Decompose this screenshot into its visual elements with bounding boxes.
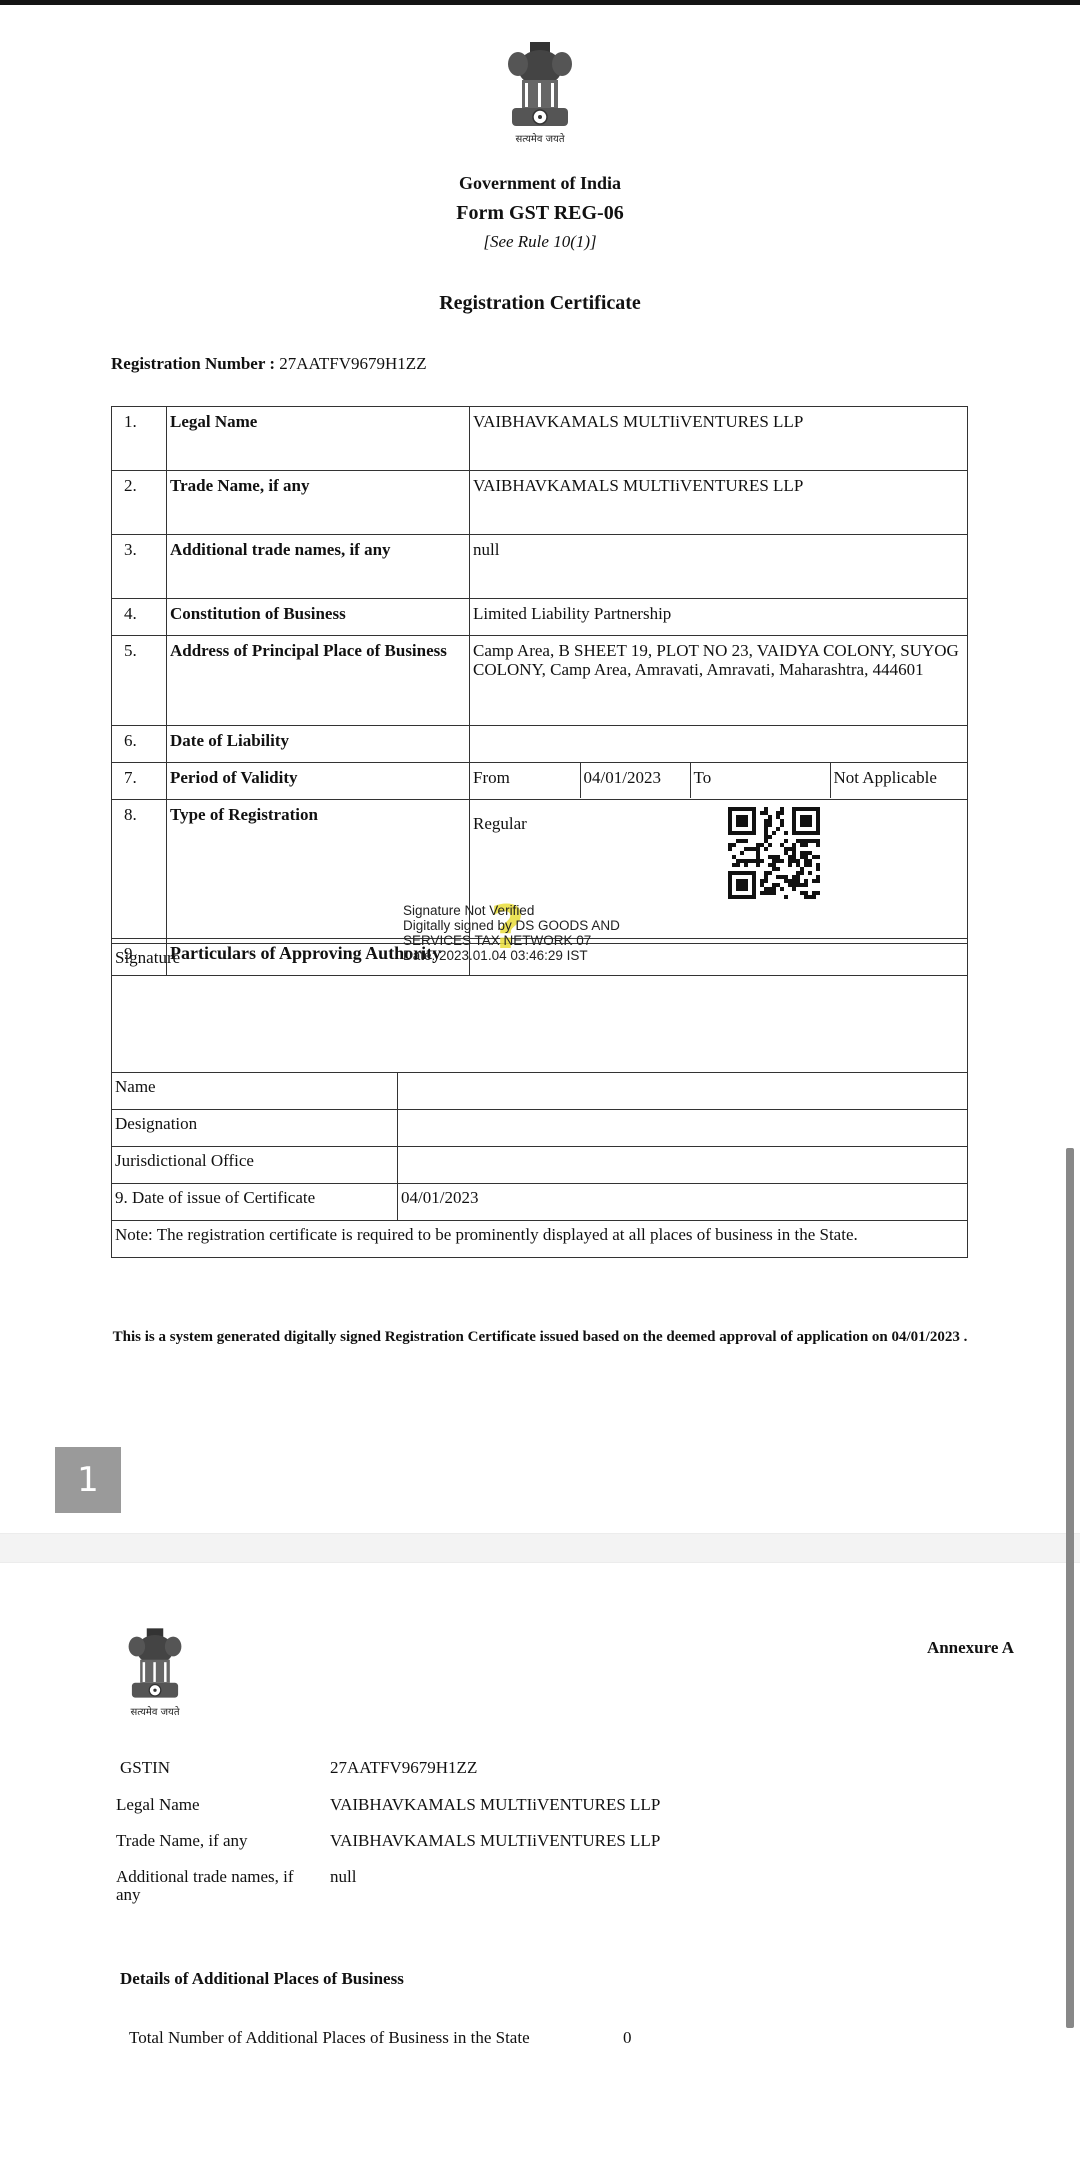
- row-number: 1.: [112, 407, 167, 471]
- table-row: Designation: [112, 1110, 968, 1147]
- to-date: Not Applicable: [830, 763, 967, 798]
- table-row: Name: [112, 1073, 968, 1110]
- from-date: 04/01/2023: [580, 763, 690, 798]
- designation-value: [398, 1110, 968, 1147]
- lion-capital-icon: [500, 38, 580, 130]
- signature-table: Signature Name Designation Jurisdictiona…: [111, 943, 968, 1258]
- period-of-validity: From 04/01/2023 To Not Applicable: [470, 763, 968, 800]
- authority-name-label: Name: [112, 1073, 398, 1110]
- signature-date: Date: 2023.01.04 03:46:29 IST: [403, 948, 620, 963]
- signature-status: Signature Not Verified: [403, 903, 620, 918]
- rule-reference: [See Rule 10(1)]: [0, 232, 1080, 252]
- row-number: 6.: [112, 726, 167, 763]
- table-row: 4. Constitution of Business Limited Liab…: [112, 599, 968, 636]
- row-number: 3.: [112, 535, 167, 599]
- additional-places-count: 0: [623, 2028, 632, 2048]
- row-label: Additional trade names, if any: [167, 535, 470, 599]
- table-row: 6. Date of Liability: [112, 726, 968, 763]
- qr-code: [728, 807, 820, 899]
- date-of-issue-label: 9. Date of issue of Certificate: [112, 1184, 398, 1221]
- signer-line-2: SERVICES TAX NETWORK 07: [403, 933, 620, 948]
- table-row: 3. Additional trade names, if any null: [112, 535, 968, 599]
- annexure-title: Annexure A: [927, 1638, 1014, 1658]
- certificate-title: Registration Certificate: [0, 292, 1080, 315]
- government-heading: Government of India: [0, 173, 1080, 194]
- designation-label: Designation: [112, 1110, 398, 1147]
- authority-name-value: [398, 1073, 968, 1110]
- date-of-issue-value: 04/01/2023: [398, 1184, 968, 1221]
- page-number-badge: 1: [55, 1447, 121, 1513]
- address-value: Camp Area, B SHEET 19, PLOT NO 23, VAIDY…: [470, 636, 968, 726]
- form-heading: Form GST REG-06: [0, 202, 1080, 225]
- emblem-motto: सत्यमेव जयते: [500, 131, 580, 145]
- certificate-table: 1. Legal Name VAIBHAVKAMALS MULTIiVENTUR…: [111, 406, 968, 976]
- table-row: 7. Period of Validity From 04/01/2023 To…: [112, 763, 968, 800]
- row-number: 7.: [112, 763, 167, 800]
- additional-trade-names-value: null: [470, 535, 968, 599]
- row-label: Legal Name: [167, 407, 470, 471]
- legal-name-value: VAIBHAVKAMALS MULTIiVENTURES LLP: [470, 407, 968, 471]
- emblem-motto: सत्यमेव जयते: [122, 1704, 188, 1718]
- signer-line-1: Digitally signed by DS GOODS AND: [403, 918, 620, 933]
- page-separator: [0, 1533, 1080, 1563]
- trade-name-value: VAIBHAVKAMALS MULTIiVENTURES LLP: [470, 471, 968, 535]
- registration-number-value: 27AATFV9679H1ZZ: [279, 354, 426, 373]
- row-label: Date of Liability: [167, 726, 470, 763]
- constitution-value: Limited Liability Partnership: [470, 599, 968, 636]
- row-number: 5.: [112, 636, 167, 726]
- jurisdictional-office-value: [398, 1147, 968, 1184]
- table-row: Jurisdictional Office: [112, 1147, 968, 1184]
- row-label: Address of Principal Place of Business: [167, 636, 470, 726]
- field-value: 27AATFV9679H1ZZ: [330, 1759, 477, 1777]
- national-emblem-annexure: सत्यमेव जयते: [122, 1623, 188, 1718]
- row-number: 4.: [112, 599, 167, 636]
- additional-places-label: Total Number of Additional Places of Bus…: [129, 2028, 530, 2048]
- field-label: Legal Name: [116, 1796, 316, 1814]
- field-label: Additional trade names, if any: [116, 1868, 316, 1904]
- row-label: Constitution of Business: [167, 599, 470, 636]
- table-row: 9. Date of issue of Certificate 04/01/20…: [112, 1184, 968, 1221]
- row-number: 8.: [112, 800, 167, 939]
- date-of-liability-value: [470, 726, 968, 763]
- from-label: From: [470, 763, 580, 798]
- table-row: Note: The registration certificate is re…: [112, 1221, 968, 1258]
- lion-capital-icon: [122, 1623, 188, 1703]
- registration-number-label: Registration Number :: [111, 354, 275, 373]
- field-value: VAIBHAVKAMALS MULTIiVENTURES LLP: [330, 1796, 660, 1814]
- field-value: null: [330, 1868, 356, 1886]
- registration-number: Registration Number : 27AATFV9679H1ZZ: [111, 354, 427, 374]
- vertical-scrollbar[interactable]: [1066, 1148, 1074, 2028]
- row-label: Trade Name, if any: [167, 471, 470, 535]
- national-emblem: सत्यमेव जयते: [500, 38, 580, 145]
- digital-signature-stamp[interactable]: Signature Not Verified Digitally signed …: [403, 903, 620, 963]
- field-label: GSTIN: [120, 1759, 320, 1777]
- row-number: 2.: [112, 471, 167, 535]
- field-value: VAIBHAVKAMALS MULTIiVENTURES LLP: [330, 1832, 660, 1850]
- system-generated-note: This is a system generated digitally sig…: [0, 1329, 1080, 1346]
- to-label: To: [690, 763, 830, 798]
- additional-places-heading: Details of Additional Places of Business: [120, 1969, 404, 1989]
- table-row: 5. Address of Principal Place of Busines…: [112, 636, 968, 726]
- row-label: Period of Validity: [167, 763, 470, 800]
- table-row: 2. Trade Name, if any VAIBHAVKAMALS MULT…: [112, 471, 968, 535]
- display-note: Note: The registration certificate is re…: [112, 1221, 968, 1258]
- jurisdictional-office-label: Jurisdictional Office: [112, 1147, 398, 1184]
- field-label: Trade Name, if any: [116, 1832, 316, 1850]
- table-row: 1. Legal Name VAIBHAVKAMALS MULTIiVENTUR…: [112, 407, 968, 471]
